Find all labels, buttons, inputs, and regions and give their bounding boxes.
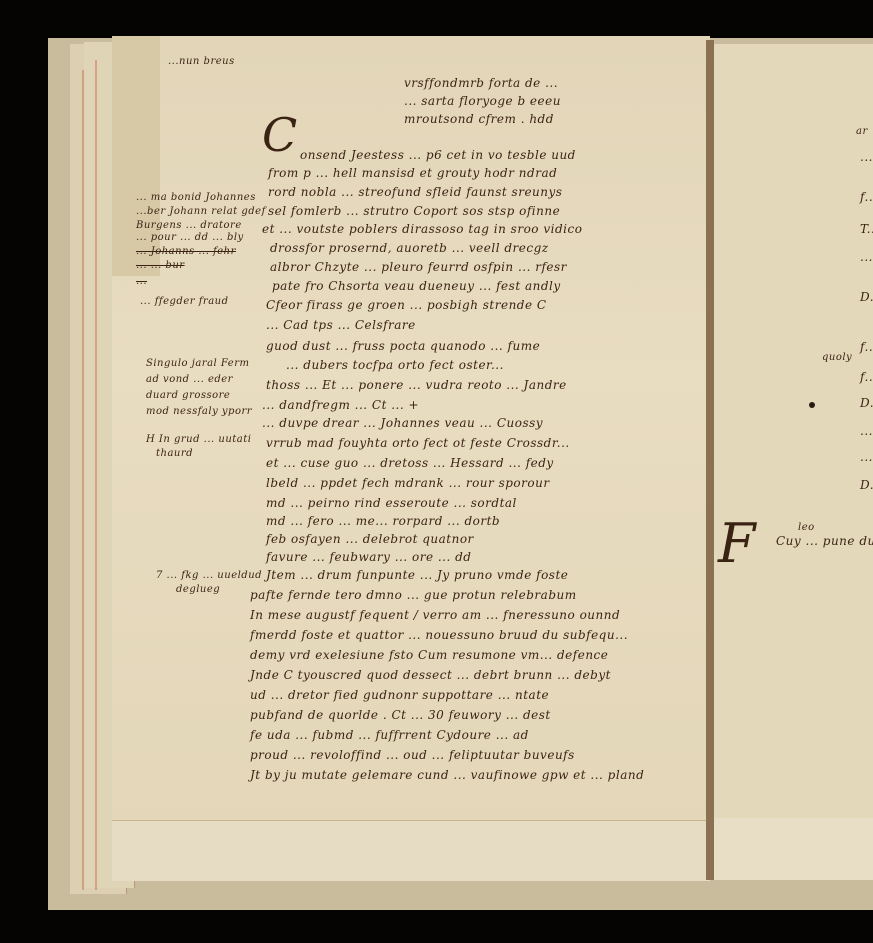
heading-line: vrsffondmrb forta de ... xyxy=(404,76,558,90)
text-line: guod dust ... fruss pocta quanodo ... fu… xyxy=(266,339,540,353)
margin-note: Burgens ... dratore xyxy=(136,220,242,231)
margin-note: ... pour ... dd ... bly xyxy=(136,232,244,243)
margin-note: ...ber Johann relat gdef xyxy=(136,206,266,217)
margin-note: ... ffegder fraud xyxy=(140,296,229,307)
edge-fragment: ... xyxy=(860,250,873,264)
edge-fragment: ... xyxy=(860,150,873,164)
text-line: pate fro Chsorta veau dueneuy ... fest a… xyxy=(272,279,561,293)
text-line: Jt by ju mutate gelemare cund ... vaufin… xyxy=(250,768,644,782)
facing-line: Cuy ... pune du... xyxy=(776,534,873,548)
text-line: drossfor prosernd, auoretb ... veell dre… xyxy=(270,241,549,255)
edge-fragment: D... xyxy=(860,290,873,304)
text-line: ... duvpe drear ... Johannes veau ... Cu… xyxy=(262,416,543,430)
margin-note: Singulo jaral Ferm xyxy=(146,358,249,369)
margin-note: deglueg xyxy=(176,584,220,595)
text-line: proud ... revoloffind ... oud ... felipt… xyxy=(250,748,575,762)
text-line: lbeld ... ppdet fech mdrank ... rour spo… xyxy=(266,476,550,490)
edge-fragment: T... xyxy=(860,222,873,236)
text-line: Jnde C tyouscred quod dessect ... debrt … xyxy=(250,668,611,682)
red-ruling xyxy=(95,60,97,890)
facing-page xyxy=(714,44,873,880)
text-line: ... dandfregm ... Ct ... + xyxy=(262,398,419,412)
edge-fragment: D... xyxy=(860,396,873,410)
margin-note: duard grossore xyxy=(146,390,230,401)
margin-note-struck: ... ... bur xyxy=(136,260,185,271)
red-ruling xyxy=(82,70,84,890)
text-line: In mese augustf fequent / verro am ... f… xyxy=(250,608,620,622)
margin-note: mod nessfaly yporr xyxy=(146,406,252,417)
text-line: ... Cad tps ... Celsfrare xyxy=(266,318,416,332)
text-line: md ... fero ... me... rorpard ... dortb xyxy=(266,514,500,528)
text-line: fe uda ... fubmd ... fuffrrent Cydoure .… xyxy=(250,728,529,742)
text-line: demy vrd exelesiune fsto Cum resumone vm… xyxy=(250,648,608,662)
text-line: onsend Jeestess ... p6 cet in vo tesble … xyxy=(300,148,576,162)
margin-note: H In grud ... uutati xyxy=(146,434,251,445)
text-line: feb osfayen ... delebrot quatnor xyxy=(266,532,474,546)
text-line: rord nobla ... streofund sfleid faunst s… xyxy=(268,185,562,199)
text-line: ... dubers tocfpa orto fect oster... xyxy=(286,358,504,372)
repair-strip xyxy=(112,820,710,881)
edge-fragment: D... xyxy=(860,478,873,492)
text-line: favure ... feubwary ... ore ... dd xyxy=(266,550,471,564)
text-line: from p ... hell mansisd et grouty hodr n… xyxy=(268,166,557,180)
text-line: Jtem ... drum funpunte ... Jy pruno vmde… xyxy=(266,568,568,582)
edge-fragment: f... xyxy=(860,190,873,204)
heading-line: ... sarta floryoge b eeeu xyxy=(404,94,561,108)
text-line: fmerdd foste et quattor ... nouessuno br… xyxy=(250,628,628,642)
text-line: pafte fernde tero dmno ... gue protun re… xyxy=(250,588,577,602)
text-line: sel fomlerb ... strutro Coport sos stsp … xyxy=(268,204,560,218)
header-note: ...nun breus xyxy=(168,56,235,67)
edge-fragment: ... xyxy=(860,450,873,464)
margin-note: thaurd xyxy=(156,448,193,459)
margin-note-struck: ... xyxy=(136,276,147,287)
facing-superscript: leo xyxy=(798,522,815,533)
text-line: albror Chzyte ... pleuro feurrd osfpin .… xyxy=(270,260,567,274)
edge-fragment: ar xyxy=(856,126,868,137)
heading-line: mroutsond cfrem . hdd xyxy=(404,112,554,126)
text-line: ud ... dretor fied gudnonr suppottare ..… xyxy=(250,688,549,702)
facing-page-strip xyxy=(714,818,873,880)
text-line: md ... peirno rind esseroute ... sordtal xyxy=(266,496,517,510)
margin-note: 7 ... fkg ... uueldud xyxy=(156,570,262,581)
edge-fragment: f... xyxy=(860,370,873,384)
facing-initial: F xyxy=(718,512,755,575)
ink-dot xyxy=(809,402,815,408)
text-line: et ... voutste poblers dirassoso tag in … xyxy=(262,222,582,236)
edge-fragment: ... xyxy=(860,424,873,438)
text-line: et ... cuse guo ... dretoss ... Hessard … xyxy=(266,456,554,470)
text-line: pubfand de quorlde . Ct ... 30 feuwory .… xyxy=(250,708,551,722)
margin-note: ad vond ... eder xyxy=(146,374,233,385)
edge-fragment: f... xyxy=(860,340,873,354)
gutter xyxy=(706,40,714,880)
margin-note-struck: ... Johanns ... fehr xyxy=(136,246,236,257)
text-line: thoss ... Et ... ponere ... vudra reoto … xyxy=(266,378,567,392)
decorated-initial: C xyxy=(262,108,297,162)
facing-margin-word: quoly xyxy=(822,352,852,363)
margin-note: ... ma bonid Johannes xyxy=(136,192,256,203)
text-line: Cfeor firass ge groen ... posbigh strend… xyxy=(266,298,547,312)
text-line: vrrub mad fouyhta orto fect ot feste Cro… xyxy=(266,436,570,450)
